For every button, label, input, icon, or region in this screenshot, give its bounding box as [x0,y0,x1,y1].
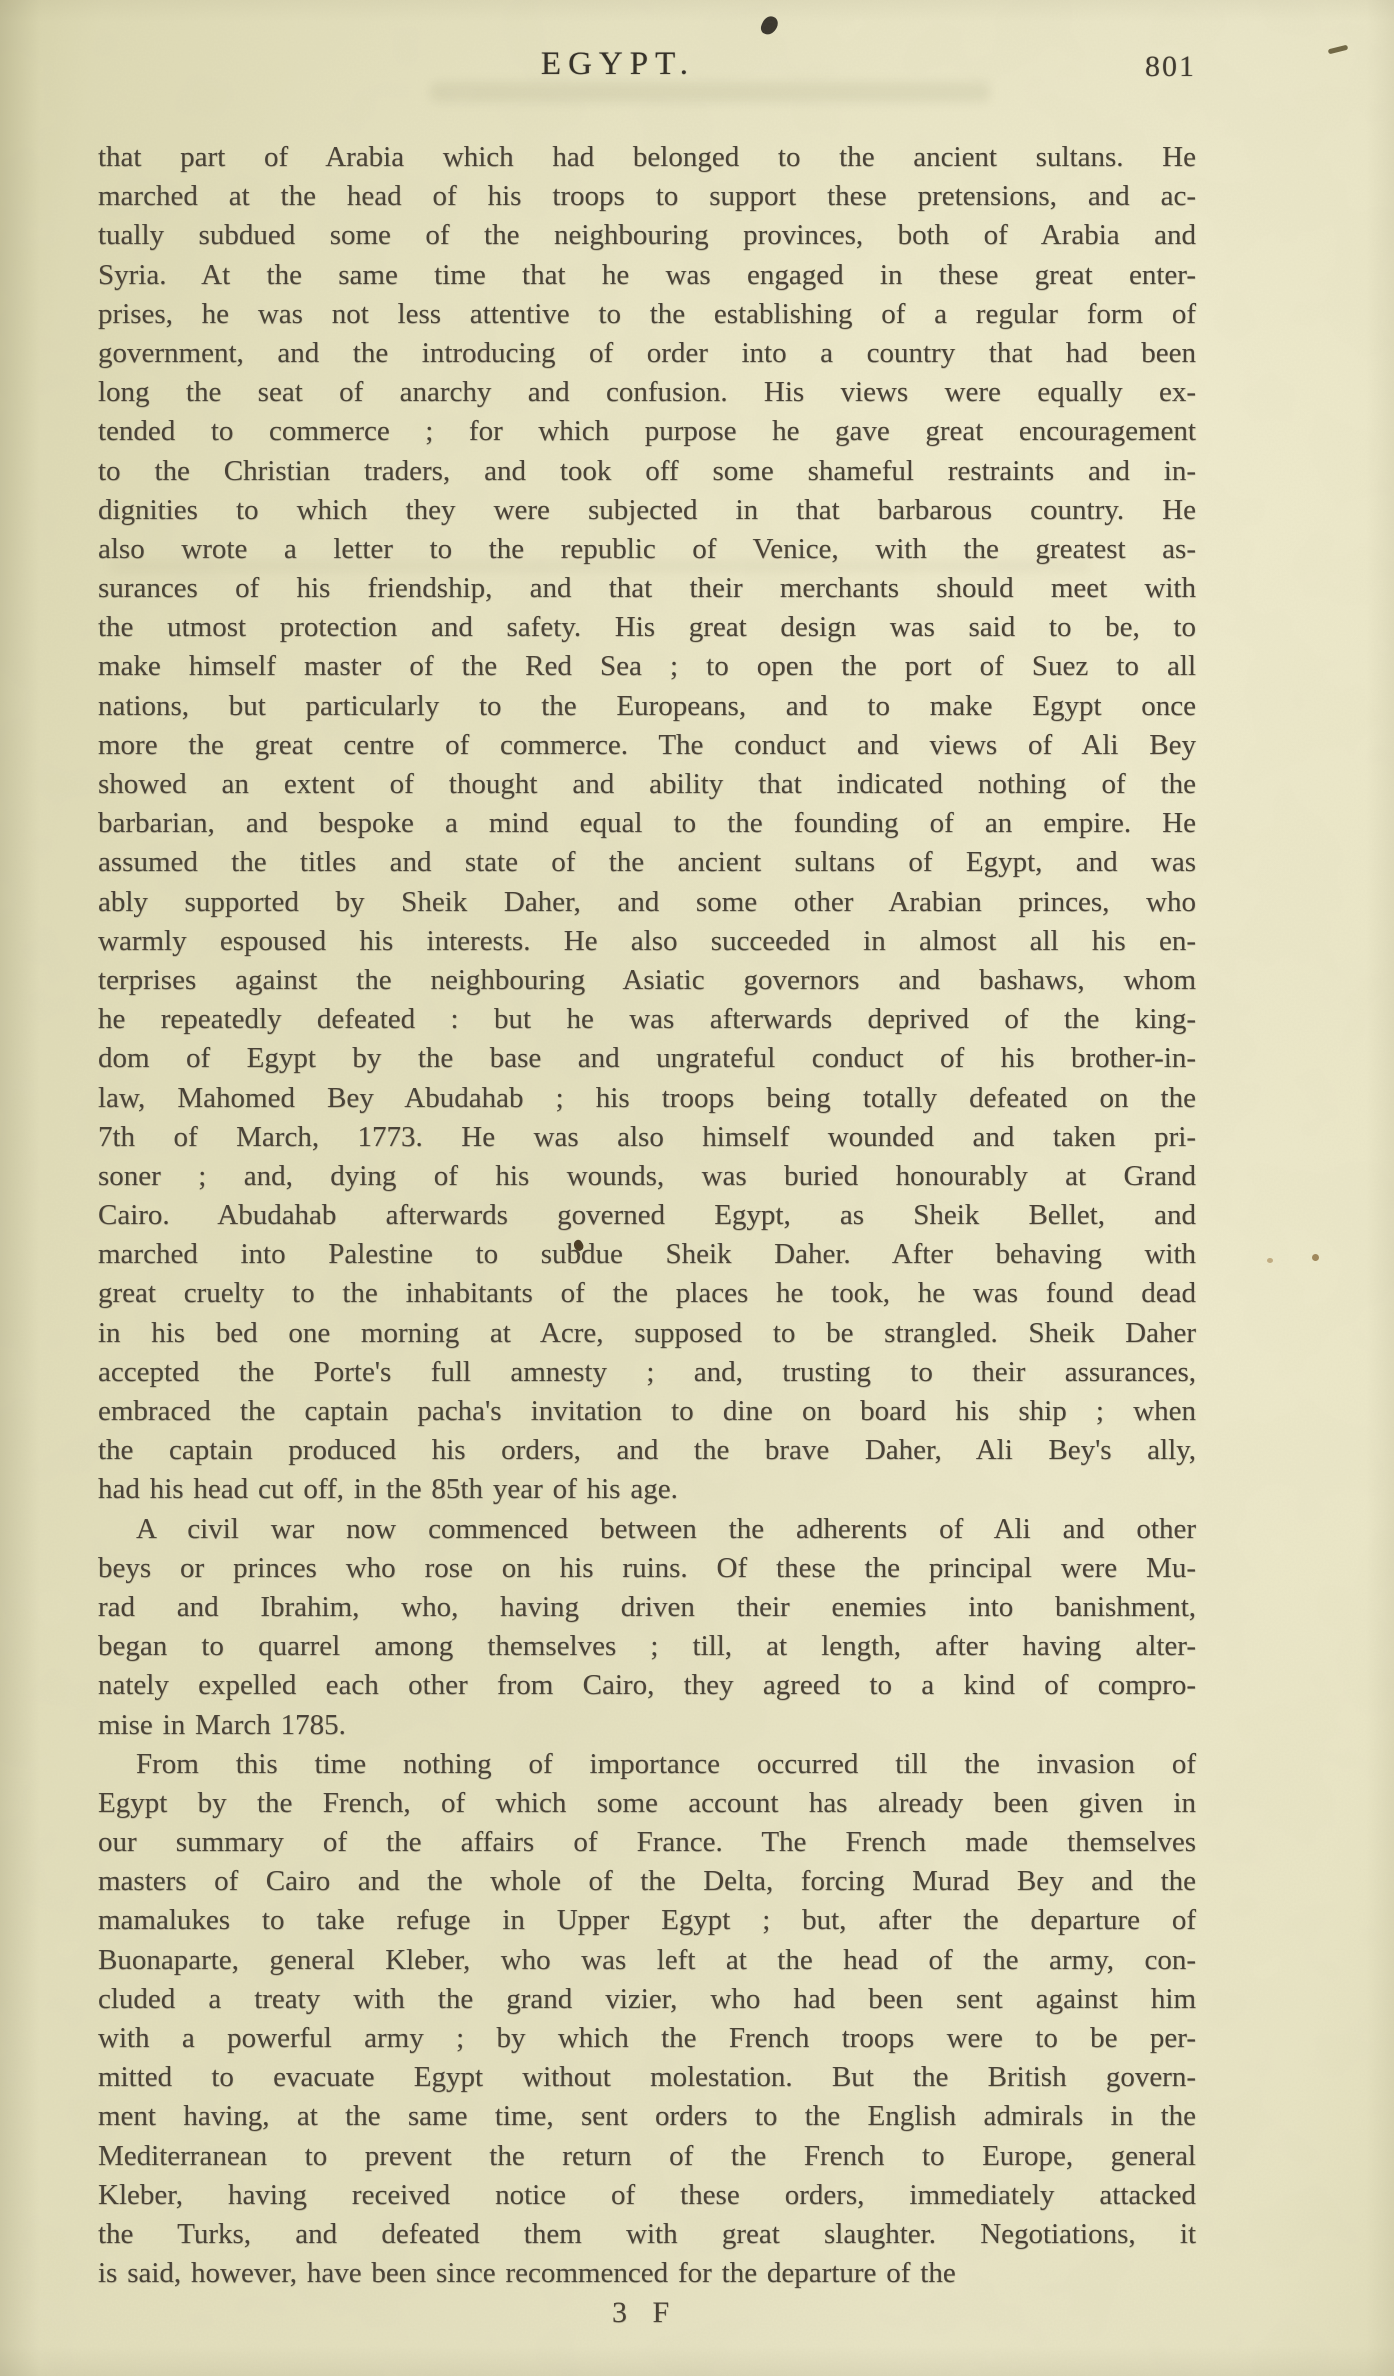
text-line: the utmost protection and safety. His gr… [98,608,1196,647]
text-line: Mediterranean to prevent the return of t… [98,2137,1196,2176]
text-line: great cruelty to the inhabitants of the … [98,1274,1196,1313]
text-line: tually subdued some of the neighbouring … [98,216,1196,255]
text-line: accepted the Porte's full amnesty ; and,… [98,1353,1196,1392]
text-line: embraced the captain pacha's invitation … [98,1392,1196,1431]
running-head: EGYPT. [98,46,1138,83]
text-line: cluded a treaty with the grand vizier, w… [98,1980,1196,2019]
body-text: that part of Arabia which had belonged t… [98,138,1196,2293]
text-line: also wrote a letter to the republic of V… [98,530,1196,569]
text-line: in his bed one morning at Acre, supposed… [98,1314,1196,1353]
text-line: Kleber, having received notice of these … [98,2176,1196,2215]
text-line: warmly espoused his interests. He also s… [98,922,1196,961]
text-line: nately expelled each other from Cairo, t… [98,1666,1196,1705]
text-line: 7th of March, 1773. He was also himself … [98,1118,1196,1157]
text-line: with a powerful army ; by which the Fren… [98,2019,1196,2058]
page-number: 801 [1145,50,1196,84]
text-line: more the great centre of commerce. The c… [98,726,1196,765]
text-line: terprises against the neighbouring Asiat… [98,961,1196,1000]
text-line: our summary of the affairs of France. Th… [98,1823,1196,1862]
text-line: long the seat of anarchy and confusion. … [98,373,1196,412]
text-line: make himself master of the Red Sea ; to … [98,647,1196,686]
page-header: EGYPT. 801 [98,46,1196,92]
text-line: mitted to evacuate Egypt without molesta… [98,2058,1196,2097]
text-line: marched at the head of his troops to sup… [98,177,1196,216]
text-line: prises, he was not less attentive to the… [98,295,1196,334]
text-line: government, and the introducing of order… [98,334,1196,373]
text-line: dignities to which they were subjected i… [98,491,1196,530]
signature-mark: 3 F [612,2296,678,2330]
text-line: Egypt by the French, of which some accou… [98,1784,1196,1823]
text-line: is said, however, have been since recomm… [98,2254,1196,2293]
text-line: Cairo. Abudahab afterwards governed Egyp… [98,1196,1196,1235]
text-line: marched into Palestine to subdue Sheik D… [98,1235,1196,1274]
text-line: began to quarrel among themselves ; till… [98,1627,1196,1666]
text-line: mise in March 1785. [98,1706,1196,1745]
text-line: law, Mahomed Bey Abudahab ; his troops b… [98,1079,1196,1118]
text-line: assumed the titles and state of the anci… [98,843,1196,882]
text-line: that part of Arabia which had belonged t… [98,138,1196,177]
text-line: tended to commerce ; for which purpose h… [98,412,1196,451]
text-line: had his head cut off, in the 85th year o… [98,1470,1196,1509]
book-page: EGYPT. 801 that part of Arabia which had… [0,0,1394,2376]
text-line: the captain produced his orders, and the… [98,1431,1196,1470]
text-line: soner ; and, dying of his wounds, was bu… [98,1157,1196,1196]
text-line: barbarian, and bespoke a mind equal to t… [98,804,1196,843]
text-line: A civil war now commenced between the ad… [98,1510,1196,1549]
ink-speck [1328,45,1349,55]
text-line: the Turks, and defeated them with great … [98,2215,1196,2254]
ink-speck [759,14,780,37]
text-line: ment having, at the same time, sent orde… [98,2097,1196,2136]
text-line: ably supported by Sheik Daher, and some … [98,883,1196,922]
ink-speck [1267,1258,1273,1263]
text-line: nations, but particularly to the Europea… [98,687,1196,726]
text-line: beys or princes who rose on his ruins. O… [98,1549,1196,1588]
text-line: dom of Egypt by the base and ungrateful … [98,1039,1196,1078]
text-line: mamalukes to take refuge in Upper Egypt … [98,1901,1196,1940]
text-line: Buonaparte, general Kleber, who was left… [98,1941,1196,1980]
text-line: showed an extent of thought and ability … [98,765,1196,804]
text-line: surances of his friendship, and that the… [98,569,1196,608]
text-line: rad and Ibrahim, who, having driven thei… [98,1588,1196,1627]
ink-speck [1312,1254,1319,1261]
text-line: he repeatedly defeated : but he was afte… [98,1000,1196,1039]
text-line: masters of Cairo and the whole of the De… [98,1862,1196,1901]
text-line: From this time nothing of importance occ… [98,1745,1196,1784]
text-line: to the Christian traders, and took off s… [98,452,1196,491]
text-line: Syria. At the same time that he was enga… [98,256,1196,295]
